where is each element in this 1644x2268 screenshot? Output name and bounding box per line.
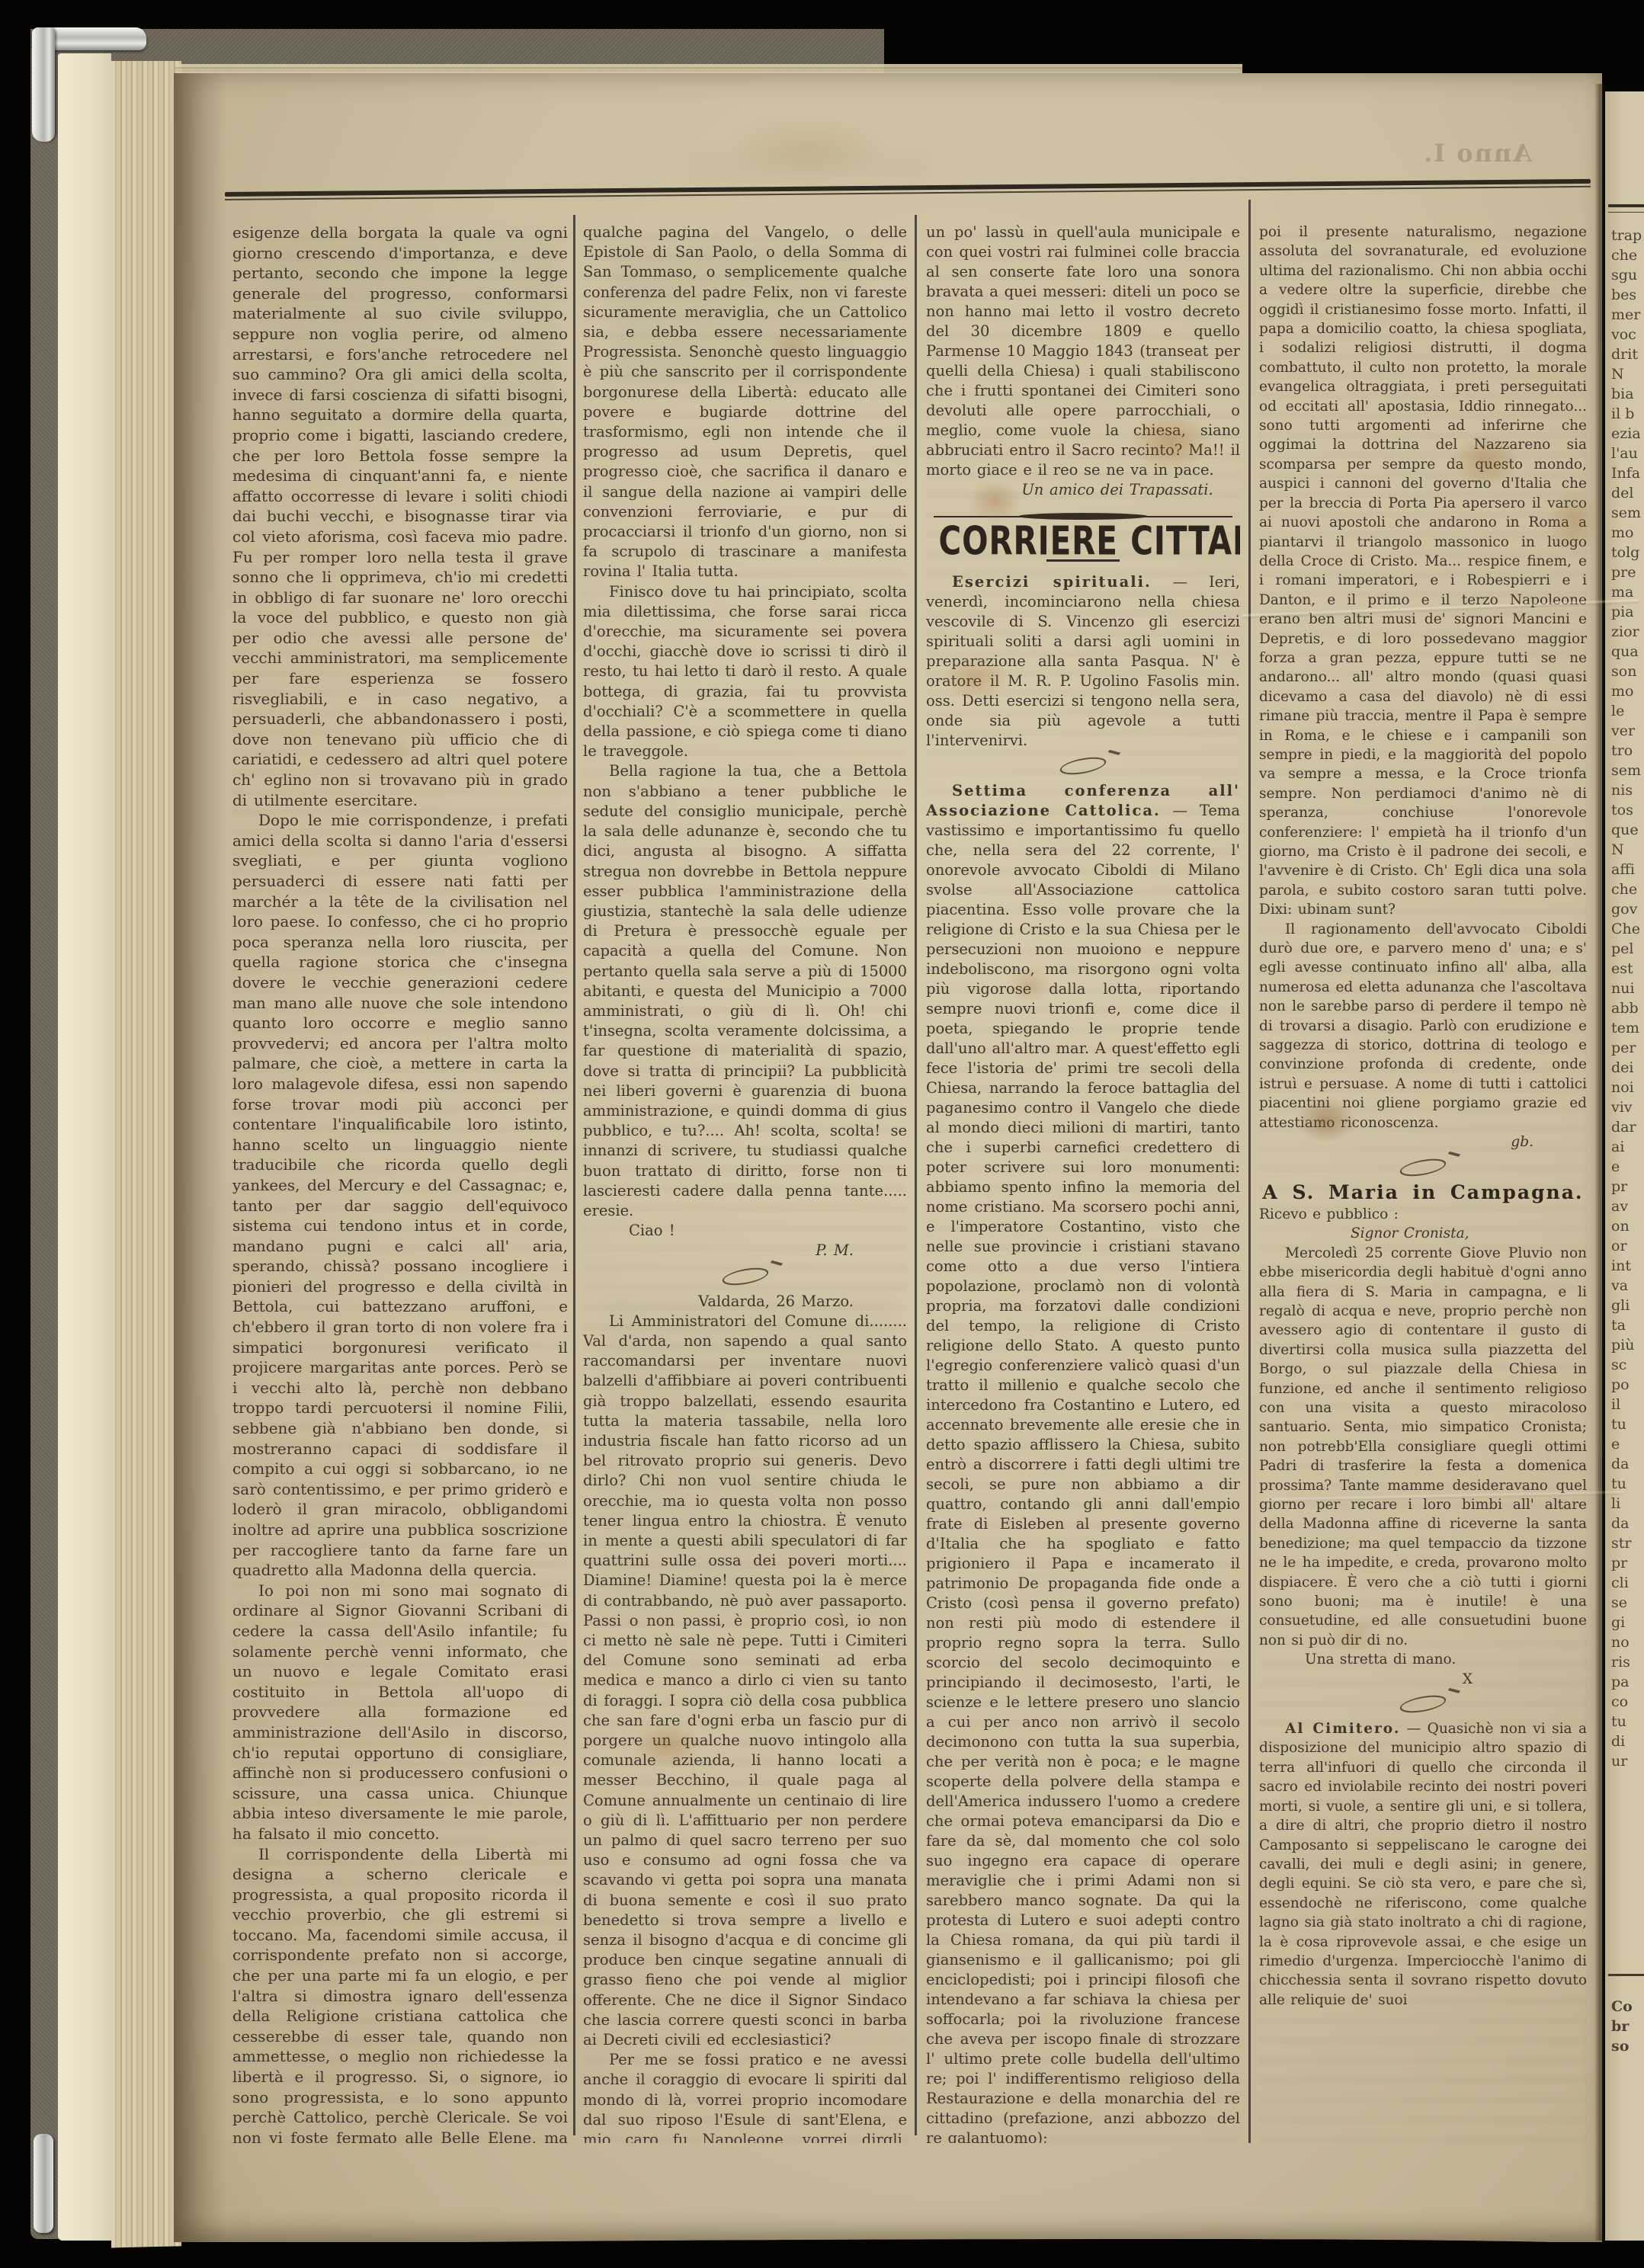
intro-line: Ricevo e pubblico : (1259, 1205, 1587, 1224)
author-signature: X (1259, 1670, 1587, 1689)
stacked-page-edges (111, 61, 181, 2256)
article-paragraph: Li Amministratori del Comune di........ … (583, 1312, 907, 2051)
article-paragraph: Al Cimitero. — Quasichè non vi sia a dis… (1259, 1719, 1587, 2010)
page-gap-shadow (1594, 84, 1605, 2241)
scanner-background-bottom (0, 2239, 1644, 2268)
section-divider-ornament (1396, 1693, 1450, 1715)
article-text: — Quasichè non vi sia a disposizione del… (1259, 1721, 1587, 2008)
foxing-stain (358, 732, 412, 770)
closing-line: Ciao ! (583, 1221, 907, 1241)
column-2: qualche pagina del Vangelo, o delle Epis… (583, 223, 907, 2143)
foxing-stain (1547, 488, 1601, 556)
article-paragraph: Dopo le mie corrispondenze, i prefati am… (232, 810, 568, 1581)
article-lead-in: Esercizi spirituali. (952, 573, 1152, 591)
next-page-edge: trap che sgu bes mer voc drit N bia il b… (1605, 91, 1644, 2241)
article-paragraph: Il corrispondente della Libertà mi desig… (232, 1844, 568, 2144)
foxing-stain (968, 480, 1021, 522)
foxing-stain (1452, 434, 1521, 488)
next-page-text-fragments: Co br so (1611, 1997, 1644, 2056)
foxing-stain (1128, 412, 1212, 472)
foxing-stain (1296, 1097, 1357, 1143)
foxing-stain (770, 328, 816, 366)
scanned-newspaper-screenshot: { "ghosts": { "anno_label": "Anno I." },… (0, 0, 1644, 2268)
section-title: CORRIERE CITTADINO (938, 530, 1227, 554)
article-paragraph: Per me se fossi pratico e ne avessi anch… (583, 2050, 907, 2143)
column-1: esigenze della borgata la quale va ogni … (232, 223, 568, 2143)
column-divider-rule (915, 215, 917, 2135)
next-page-rule (1608, 1974, 1644, 1976)
article-heading: A S. Maria in Campagna. (1259, 1183, 1587, 1202)
article-paragraph: Il ragionamento dell'avvocato Ciboldi du… (1259, 920, 1587, 1132)
column-divider-rule (573, 215, 575, 2135)
metal-corner-clamp-top-vertical (32, 27, 55, 142)
article-lead-in: Al Cimitero. (1285, 1721, 1400, 1737)
column-divider-rule (1248, 200, 1251, 2143)
next-page-header-rule (1608, 204, 1644, 213)
article-paragraph: qualche pagina del Vangelo, o delle Epis… (583, 223, 907, 582)
article-paragraph: Bella ragione la tua, che a Bettola non … (583, 761, 907, 1221)
ghost-anno-label: Anno I. (1380, 139, 1532, 168)
gutter-shadow (174, 73, 227, 2242)
article-paragraph: Settima conferenza all' Associazione Cat… (926, 781, 1240, 2143)
foxing-stain (1006, 968, 1052, 1002)
closing-line: Una stretta di mano. (1259, 1650, 1587, 1669)
salutation-line: Signor Cronista, (1259, 1224, 1587, 1243)
column-4: poi il presente naturalismo, negazione a… (1259, 223, 1587, 2143)
foxing-stain (724, 114, 892, 183)
foxing-stain (1326, 1616, 1380, 1654)
article-paragraph: Io poi non mi sono mai sognato di ordina… (232, 1581, 568, 1844)
next-page-text-fragments: trap che sgu bes mer voc drit N bia il b… (1611, 226, 1644, 1771)
flyleaf-page-edge (58, 53, 111, 2241)
article-text: — Tema vastissimo e importantissimo fu q… (926, 802, 1240, 2143)
dateline: Valdarda, 26 Marzo. (583, 1292, 907, 1312)
section-divider-ornament (719, 1265, 772, 1287)
article-paragraph: poi il presente naturalismo, negazione a… (1259, 223, 1587, 920)
article-paragraph: Finisco dove tu hai principiato, scolta … (583, 582, 907, 762)
foxing-stain (633, 1722, 701, 1768)
article-paragraph: Mercoledì 25 corrente Giove Pluvio non e… (1259, 1244, 1587, 1651)
section-divider-ornament (1056, 755, 1110, 777)
section-divider-ornament (1396, 1156, 1450, 1178)
article-paragraph: esigenze della borgata la quale va ogni … (232, 223, 568, 810)
foxing-stain (941, 655, 1010, 701)
author-signature: P. M. (583, 1241, 907, 1261)
metal-clamp-bottom (34, 2134, 53, 2233)
